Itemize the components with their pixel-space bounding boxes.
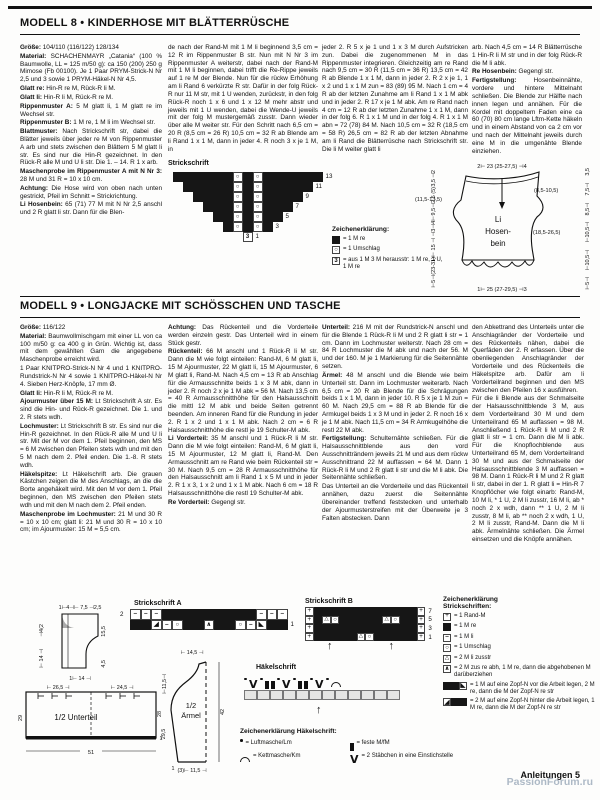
paragraph: Lochmuster: Lt Strickschrift B str. Es s… [20, 423, 162, 470]
modell8-title-rule [20, 34, 580, 35]
legend-entry: V= 2 Stäbchen in eine Einstichstelle [350, 753, 460, 764]
modell8-column-2-text: de nach der Rand-M mit 1 M li beginnend … [168, 44, 318, 153]
dot-symbol [240, 739, 243, 742]
unterteil-top-measure-1: ⊢ 26,5 ⊣ [47, 685, 70, 691]
chart-cell: – [246, 620, 257, 631]
modell9-column-2: Achtung: Das Rückenteil und die Vorderte… [168, 324, 318, 508]
paragraph: de nach der Rand-M mit 1 M li beginnend … [168, 44, 318, 153]
knit-cell [214, 609, 225, 620]
knit-cell [243, 222, 253, 232]
row-number [120, 620, 130, 631]
chart-row: 2–––––– [120, 609, 291, 620]
cast-on-cell [270, 690, 283, 700]
legend-symbol [240, 753, 250, 764]
paragraph: Achtung: Das Rückenteil und die Vorderte… [168, 324, 318, 347]
chart-cell: ○ [253, 182, 263, 192]
row-number: 3 [425, 624, 428, 633]
chart-row: +△○△○+5 [305, 616, 428, 625]
knit-cell [322, 624, 331, 633]
knit-cell [408, 633, 417, 642]
strickschrift-a-title: Strickschrift A [134, 600, 291, 607]
fm-symbol [271, 681, 275, 689]
strickschrift-b-title: Strickschrift B [305, 598, 428, 605]
measure-label: 3,5 [432, 179, 438, 187]
crochet-symbol-row: VVV [244, 672, 400, 689]
chart-cell: 3 [332, 257, 340, 265]
knit-cell [193, 609, 204, 620]
paragraph: Unterteil: 216 M mit der Rundstrick-N an… [322, 324, 468, 371]
legend-entry: △= 2 M li zusstr [443, 655, 595, 663]
unterteil-label: 1/2 Unterteil [54, 713, 97, 722]
chart-cell: △ [357, 633, 366, 642]
chart-cell: + [417, 633, 426, 642]
chart-row: 31 [168, 232, 330, 242]
row-number: 1 [425, 633, 428, 642]
strickschrift-chart-modell8: ○○13○○11○○9○○7○○5○○331 [168, 172, 330, 242]
paragraph: Re Hosenbein: Gegengl str. [472, 68, 582, 76]
knit-cell [339, 607, 348, 616]
knit-cell [243, 182, 253, 192]
row-number: 1 [253, 232, 256, 242]
schematic-bottom-measure: 1⊢ 25 (27-29,5) ⊣3 [477, 287, 527, 293]
up-arrow-icon: ↑ [316, 704, 322, 716]
row-number: 7 [293, 202, 296, 212]
knit-cell [331, 607, 340, 616]
knit-cell [273, 172, 283, 182]
fm-symbol [350, 743, 354, 751]
chart-cell: + [305, 633, 314, 642]
knit-cell [339, 624, 348, 633]
strickschrift-b-block: Strickschrift B ++7+△○△○+5++3+△○+1 ↑ ↑ [305, 598, 428, 652]
chart-cell: ○ [235, 620, 246, 631]
aermel-bottom-measure: (3)⊢ 11,5 ⊣ [177, 768, 206, 774]
knit-cell [391, 624, 400, 633]
chart-cell: – [256, 609, 267, 620]
knit-cell [263, 182, 273, 192]
legend-symbol: ○ [443, 644, 451, 652]
strick-legend-entries: += 1 Rand-M= 1 M re–= 1 M li○= 1 Umschla… [443, 613, 595, 713]
legend-label: = 1 Rand-M [454, 613, 486, 620]
knit-cell [243, 192, 253, 202]
chart-cell: ○ [253, 172, 263, 182]
knit-cell [283, 182, 293, 192]
chart-cell: ○ [332, 246, 340, 254]
legend-label: = 2 M zus re abh, 1 M re, dann die abgeh… [454, 665, 595, 679]
strick-legend: Zeichenerklärung Strickschriften: += 1 R… [443, 596, 595, 715]
chart-cell: + [305, 624, 314, 633]
knit-cell [267, 620, 278, 631]
paragraph: Re Vorderteil: Gegengl str. [168, 499, 318, 507]
leg-measure-note: (18,5-26,5) [533, 230, 560, 236]
knit-cell [263, 202, 273, 212]
legend-label: = Luftmasche/Lm [246, 740, 292, 747]
knit-cell [213, 202, 223, 212]
knit-cell [374, 607, 383, 616]
knit-cell [213, 212, 223, 222]
chart-cell: ○ [253, 222, 263, 232]
legend-symbol: △ [443, 655, 451, 663]
knit-cell [273, 202, 283, 212]
jacket-top-measure: 1⊢4⊣⊢ 7,5 ⊣2,5 [59, 605, 102, 611]
chart-cell: ◢ [443, 698, 451, 706]
paragraph: Glatt re: Hin-R re M, Rück-R li M. [20, 85, 162, 93]
repeat-end-arrow-icon: ↑ [389, 641, 395, 652]
legend-symbol [350, 740, 354, 751]
paragraph: Rippenmuster B: 1 M re, 1 M li im Wechse… [20, 119, 162, 127]
paragraph: Material: SCHACHENMAYR „Catania“ (100 % … [20, 53, 162, 84]
haekel-legend-columns: = Luftmasche/Lm= Kettmasche/Km = feste M… [240, 737, 468, 767]
cast-on-cell [257, 690, 270, 700]
strickschrift-b-chart: ++7+△○△○+5++3+△○+1 [305, 607, 428, 641]
paragraph: den Abkettrand des Unterteils unter die … [472, 324, 584, 394]
cast-on-cell [374, 690, 387, 700]
modell9-column-4: den Abkettrand des Unterteils unter die … [472, 324, 584, 545]
paragraph: Das Unterteil an die Vorderteile und das… [322, 483, 468, 522]
aermel-cap-measure: ⊢11,5⊣ [162, 674, 168, 694]
measure-label: 2,5 (5) [432, 187, 438, 203]
knit-cell [357, 607, 366, 616]
knit-cell [193, 172, 203, 182]
knit-cell [223, 182, 233, 192]
paragraph: Material: Baumwollmischgarn mit einer LL… [20, 333, 162, 364]
legend-label: = 1 M re [343, 236, 365, 243]
modell8-legend-title: Zeichenerklärung: [332, 226, 444, 233]
vst-symbol: V [282, 680, 291, 689]
paragraph: jeder 2. R 5 x je 1 und 1 x 3 M durch Au… [322, 44, 468, 153]
paragraph: Größe: 104/110 (116/122) 128/134 [20, 44, 162, 52]
vst-symbol: V [315, 680, 324, 689]
vst-symbol: V [350, 755, 359, 764]
measure-label: ⊢10,5⊣ [586, 222, 592, 242]
knit-cell [332, 236, 340, 244]
cast-on-row [244, 690, 400, 700]
knit-cell [365, 607, 374, 616]
paragraph: Fertigstellung: Hosenbeinnähte, vordere … [472, 77, 582, 155]
haekelschrift-title: Häkelschrift [256, 664, 400, 671]
paragraph: Ajourmuster über 15 M: Lt Strickschrift … [20, 398, 162, 421]
knit-cell [293, 172, 303, 182]
chart-row: ○○3 [168, 222, 330, 232]
chart-cell: – [162, 620, 173, 631]
strick-legend-title-1: Zeichenerklärung [443, 596, 595, 603]
trouser-right-measures: 3,57,5⊣8,5⊣⊢10,5⊣⊢10,5⊣⊢5⊣ [584, 168, 594, 290]
knit-cell [273, 192, 283, 202]
dot-symbol [310, 678, 313, 681]
knit-cell [408, 607, 417, 616]
knit-cell [314, 607, 323, 616]
paragraph: Rippenmuster A: 5 M glatt li, 1 M glatt … [20, 103, 162, 119]
chart-cell: ○ [233, 202, 243, 212]
legend-entry: ○= 1 Umschlag [332, 246, 444, 254]
arrowhead [499, 202, 505, 209]
unterteil-schematic: ⊢ 26,5 ⊣ ⊢ 24,5 ⊣ 1/2 Unterteil 29 28 1 … [18, 680, 168, 774]
legend-entry: 3= aus 1 M 3 M herausstr: 1 M re, 1 U, 1… [332, 257, 444, 271]
knit-cell [273, 182, 283, 192]
paragraph: Achtung: Die Hose wird von oben nach unt… [20, 185, 162, 201]
legend-label: = Kettmasche/Km [253, 753, 301, 760]
cast-on-cell [296, 690, 309, 700]
modell8-column-4: arb. Nach 4,5 cm = 14 R Blätterrüsche 1 … [472, 44, 582, 156]
repeat-start-arrow-icon: ↑ [327, 641, 333, 652]
haekel-legend-title: Zeichenerklärung Häkelschrift: [240, 728, 468, 735]
row-number: 9 [303, 192, 306, 202]
chart-cell: + [305, 616, 314, 625]
knit-cell [348, 633, 357, 642]
chart-cell: △ [322, 616, 331, 625]
repeat-arrows: ↑ ↑ [327, 641, 428, 652]
knit-cell [314, 616, 323, 625]
knit-cell [339, 633, 348, 642]
strick-legend-title-2: Strickschriften: [443, 603, 595, 610]
chart-cell: ◢ [151, 620, 162, 631]
unterteil-left-measure: 29 [18, 715, 24, 721]
jacket-outline [62, 614, 98, 668]
chart-cell: ◣ [459, 682, 467, 690]
km-symbol [331, 682, 341, 687]
dot-symbol [293, 678, 296, 681]
row-number: 2 [120, 609, 130, 620]
trouser-left-measures: ⊣23,52,5 (5)9,5⊣⊣3⊣4⊢⊢ 15 ⊣(23-31)⊢5⊣ [430, 170, 440, 288]
legend-label: = 2 M li zusstr [454, 655, 491, 662]
knit-cell [348, 607, 357, 616]
knit-cell [130, 620, 141, 631]
dot-symbol [326, 678, 329, 681]
paragraph: 1 Paar KNITPRO-Strick-N Nr 4 und 1 KNITP… [20, 365, 162, 388]
legend-entry: = Luftmasche/Lm [240, 740, 336, 751]
knit-cell [357, 624, 366, 633]
knit-cell [223, 192, 233, 202]
aermel-top-measure: ⊢ 14,5 ⊣ [181, 650, 204, 656]
knit-cell [400, 633, 409, 642]
fm-symbol [265, 681, 269, 689]
paragraph: Häkelspitze: Lt Häkelschrift arb. Die gr… [20, 471, 162, 510]
measure-label: ⊣3⊣4⊢ [432, 216, 438, 237]
chart-cell: – [130, 609, 141, 620]
knit-cell [183, 620, 194, 631]
legend-symbol: ∧ [443, 665, 451, 673]
knit-cell [225, 609, 236, 620]
knit-cell [365, 624, 374, 633]
legend-symbol: ◣ [443, 682, 467, 690]
vst-symbol: V [249, 680, 258, 689]
legend-entry: += 1 Rand-M [443, 613, 595, 621]
schematic-top-measure: 2⊢ 23 (25-27,5) ⊣4 [477, 164, 527, 170]
cast-on-cell [335, 690, 348, 700]
strickschrift-label: Strickschrift [168, 160, 318, 169]
knit-cell [246, 609, 257, 620]
knit-cell [322, 607, 331, 616]
knit-cell [314, 633, 323, 642]
hip-measure-note: (8,5-10,5) [534, 188, 558, 194]
knit-cell [203, 172, 213, 182]
paragraph: Blattmuster: Nach Strickschrift str, dab… [20, 128, 162, 167]
aermel-length-measure: 29,5 [161, 729, 167, 740]
chart-cell: ∧ [443, 665, 451, 673]
knit-cell [204, 609, 215, 620]
chart-cell: + [417, 616, 426, 625]
modell8-column-3: jeder 2. R 5 x je 1 und 1 x 3 M durch Au… [322, 44, 468, 154]
chart-cell: ○ [331, 616, 340, 625]
knit-cell [235, 609, 246, 620]
modell8-title: MODELL 8 • KINDERHOSE MIT BLÄTTERRÜSCHE [20, 17, 289, 29]
knit-cell [408, 616, 417, 625]
chart-cell: – [277, 609, 288, 620]
chart-cell: 3 [243, 232, 253, 242]
measure-label: 7,5⊣ [586, 183, 592, 195]
watermark: PassionForum.ru [468, 776, 593, 788]
paragraph: Ärmel: 48 M anschl und die Blende wie be… [322, 372, 468, 435]
legend-entry: ◢= 2 M auf eine Zopf-N hinter die Arbeit… [443, 698, 595, 712]
cast-on-cell [283, 690, 296, 700]
chart-cell: – [267, 609, 278, 620]
modell9-title-rule [20, 317, 580, 318]
part-label-1: Li [495, 215, 501, 224]
knit-cell [365, 616, 374, 625]
chart-cell: △ [443, 655, 451, 663]
knit-cell [391, 607, 400, 616]
paragraph: Für die li Blende aus der Schmalseite de… [472, 395, 584, 543]
knit-cell [173, 172, 183, 182]
row-number: 11 [313, 182, 316, 192]
knit-cell [225, 620, 236, 631]
knit-cell [374, 633, 383, 642]
ruffle-edge [462, 260, 534, 267]
row-number: 5 [283, 212, 286, 222]
measure-label: (23-31) [432, 257, 438, 275]
chart-row: ○○13 [168, 172, 330, 182]
legend-entry: = feste M/fM [350, 740, 460, 751]
cast-on-cell [309, 690, 322, 700]
paragraph: Fertigstellung: Schulternähte schließen.… [322, 435, 468, 482]
part-label-3: bein [490, 239, 505, 248]
chart-row: ○○7 [168, 202, 330, 212]
modell9-column-1: Größe: 116/122Material: Baumwollmischgar… [20, 324, 162, 535]
legend-symbol [240, 740, 243, 751]
legend-entry: –= 1 M li [443, 634, 595, 642]
chart-cell: ○ [233, 182, 243, 192]
legend-entry: = 1 M re [332, 236, 444, 244]
aermel-label-1: 1/2 [186, 701, 196, 710]
legend-label: = feste M/fM [357, 740, 390, 747]
knit-cell [293, 182, 303, 192]
row-number [288, 609, 291, 620]
chart-cell: ∧ [204, 620, 215, 631]
knit-cell [451, 698, 459, 706]
jacket-left-measures: ⊣4(2⊢ 14 ⊣ [38, 624, 47, 668]
chart-row: ◢–○∧○–◣1 [120, 620, 291, 631]
paragraph: Maschenprobe im Lochmuster: 21 M und 30 … [20, 511, 162, 534]
chart-row: ++3 [305, 624, 428, 633]
row-number: 1 [288, 620, 291, 631]
knit-cell [193, 182, 203, 192]
knit-cell [277, 620, 288, 631]
knit-cell [313, 172, 323, 182]
measure-label: 3,5 [586, 168, 592, 176]
chart-cell: ○ [365, 633, 374, 642]
chart-cell: ○ [172, 620, 183, 631]
strickschrift-a-chart: 2––––––◢–○∧○–◣1 [120, 609, 291, 630]
knit-cell [213, 192, 223, 202]
knit-cell [223, 222, 233, 232]
modell8-legend-entries: = 1 M re○= 1 Umschlag3= aus 1 M 3 M hera… [332, 236, 444, 271]
section-divider-rule [20, 296, 580, 297]
legend-entry: ○= 1 Umschlag [443, 644, 595, 652]
chart-cell: + [443, 613, 451, 621]
legend-entry: ∧= 2 M zus re abh, 1 M re, dann die abge… [443, 665, 595, 679]
knit-cell [172, 609, 183, 620]
knit-cell [443, 623, 451, 631]
chart-row: ++7 [305, 607, 428, 616]
jacket-right-measures: 15,54,5 [100, 626, 109, 668]
modell8-column-1: Größe: 104/110 (116/122) 128/134Material… [20, 44, 162, 218]
cast-on-cell [322, 690, 335, 700]
legend-symbol [332, 236, 340, 244]
legend-symbol: ○ [332, 246, 340, 254]
measure-label: ⊣4(2 [40, 624, 46, 637]
knit-cell [273, 212, 283, 222]
legend-label: = 1 Umschlag [343, 246, 380, 253]
crochet-repeat-arrow: ↑ [316, 700, 400, 718]
paragraph: Glatt li: Hin-R li M, Rück-R re M. [20, 94, 162, 102]
legend-label: = 1 M auf eine Zopf-N vor die Arbeit leg… [470, 682, 595, 696]
legend-symbol: V [350, 753, 359, 764]
knit-cell [303, 182, 313, 192]
knit-cell [283, 172, 293, 182]
knit-cell [283, 202, 293, 212]
paragraph: Li Hosenbein: 65 (71) 77 M mit N Nr 2,5 … [20, 201, 162, 217]
knit-cell [451, 682, 459, 690]
knit-cell [213, 172, 223, 182]
knit-cell [183, 172, 193, 182]
cast-on-cell [361, 690, 374, 700]
knit-cell [263, 212, 273, 222]
fm-symbol [298, 681, 302, 689]
trouser-schematic: 2⊢ 23 (25-27,5) ⊣4 Li Hosen- bein 1⊢ 25 … [444, 160, 560, 294]
knit-cell [183, 182, 193, 192]
knit-cell [203, 182, 213, 192]
measure-label: 8,5⊣ [586, 203, 592, 215]
modell8-column-2: de nach der Rand-M mit 1 M li beginnend … [168, 44, 318, 242]
knit-cell [400, 624, 409, 633]
knit-cell [374, 616, 383, 625]
legend-symbol: ◢ [443, 698, 467, 706]
knit-cell [303, 172, 313, 182]
knit-cell [459, 698, 467, 706]
strickschrift-a-block: Strickschrift A 2––––––◢–○∧○–◣1 [120, 600, 291, 630]
knit-cell [443, 682, 451, 690]
legend-label: = 2 M auf eine Zopf-N hinter die Arbeit … [470, 698, 595, 712]
chart-cell: ○ [253, 192, 263, 202]
legend-symbol: 3 [332, 257, 340, 265]
legend-label: = 1 M li [454, 634, 474, 641]
knit-cell [314, 624, 323, 633]
aermel-schematic: ⊢ 14,5 ⊣ 1/2 Ärmel ⊢11,5⊣ 29,5 1 42 (3)⊢… [156, 646, 228, 774]
legend-symbol: + [443, 613, 451, 621]
knit-cell [243, 212, 253, 222]
knit-cell [348, 616, 357, 625]
chart-cell: △ [382, 616, 391, 625]
aermel-label-2: Ärmel [181, 711, 201, 720]
cast-on-cell [348, 690, 361, 700]
knit-cell [400, 616, 409, 625]
chart-row: ○○9 [168, 192, 330, 202]
knit-cell [283, 192, 293, 202]
knit-cell [162, 609, 173, 620]
row-number: 3 [273, 222, 276, 232]
row-number: 7 [425, 607, 428, 616]
chart-cell: ○ [443, 644, 451, 652]
haekel-legend-col-b: = feste M/fMV= 2 Stäbchen in eine Einsti… [350, 737, 460, 767]
